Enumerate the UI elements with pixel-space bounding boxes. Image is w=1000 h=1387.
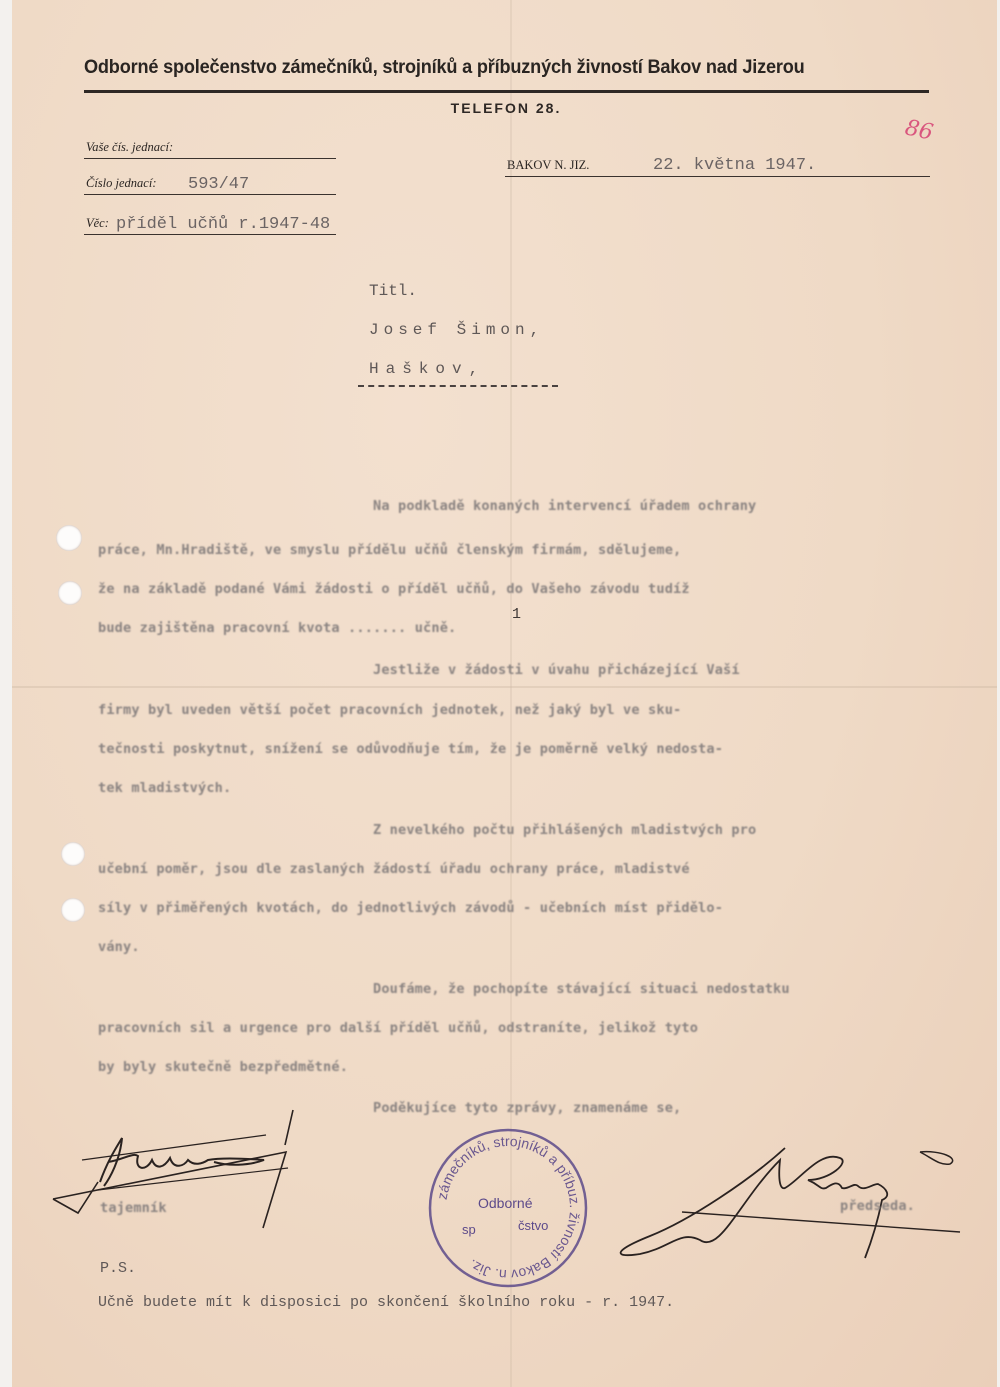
chairman-role: předseda. [840, 1198, 915, 1214]
place-date-field: BAKOV N. JIZ. 22. května 1947. [505, 150, 930, 177]
stamp-center-line2-left: sp [462, 1222, 476, 1237]
punch-hole [56, 525, 82, 551]
body-line: vány. [98, 939, 140, 955]
organization-stamp: zámečníků, strojníků a příbuz. živností … [426, 1126, 590, 1290]
body-line: Z nevelkého počtu přihlášených mladistvý… [373, 822, 756, 838]
place-label: BAKOV N. JIZ. [507, 158, 589, 173]
recipient-town: Haškov, [369, 360, 485, 378]
recipient-title: Titl. [369, 282, 417, 300]
quota-number: 1 [512, 606, 521, 623]
your-reference-label: Vaše čís. jednací: [86, 140, 173, 155]
reference-number-field: Číslo jednací: 593/47 [84, 168, 336, 195]
body-line: pracovních sil a urgence pro další přídě… [98, 1020, 698, 1036]
recipient-underline [358, 385, 558, 387]
stamp-center-line2-right: čstvo [518, 1218, 548, 1233]
recipient-name: Josef Šimon, [369, 321, 544, 339]
subject-value: příděl učňů r.1947-48 [116, 215, 330, 234]
secretary-role: tajemník [100, 1200, 167, 1216]
punch-hole [61, 898, 85, 922]
body-line: tečnosti poskytnut, snížení se odůvodňuj… [98, 741, 723, 757]
body-line: učební poměr, jsou dle zaslaných žádostí… [98, 861, 690, 877]
postscript-text: Učně budete mít k disposici po skončení … [98, 1294, 674, 1311]
body-line: bude zajištěna pracovní kvota ....... uč… [98, 620, 456, 636]
body-line: že na základě podané Vámi žádosti o příd… [98, 581, 690, 597]
punch-hole [58, 581, 82, 605]
body-line: Doufáme, že pochopíte stávající situaci … [373, 981, 790, 997]
subject-label: Věc: [86, 216, 109, 231]
your-reference-field: Vaše čís. jednací: [84, 134, 336, 159]
body-line: by byly skutečně bezpředmětné. [98, 1059, 348, 1075]
letterhead-phone: TELEFON 28. [0, 100, 1000, 116]
postscript-label: P.S. [100, 1260, 136, 1277]
secretary-signature [38, 1100, 318, 1240]
subject-field: Věc: příděl učňů r.1947-48 [84, 206, 336, 235]
body-line: práce, Mn.Hradiště, ve smyslu přídělu uč… [98, 542, 681, 558]
reference-number-label: Číslo jednací: [86, 176, 156, 191]
punch-hole [61, 842, 85, 866]
body-line: tek mladistvých. [98, 780, 231, 796]
stamp-center-line1: Odborné [478, 1195, 533, 1211]
body-line: síly v přiměřených kvotách, do jednotliv… [98, 900, 723, 916]
reference-number-value: 593/47 [188, 175, 249, 194]
closing-line: Poděkujíce tyto zprávy, znamenáme se, [373, 1100, 681, 1116]
letterhead-organization: Odborné společenstvo zámečníků, strojník… [84, 56, 870, 79]
letterhead-rule [84, 90, 929, 93]
body-line: Na podkladě konaných intervencí úřadem o… [373, 498, 756, 514]
body-line: Jestliže v žádosti v úvahu přicházející … [373, 662, 740, 678]
chairman-signature [610, 1140, 980, 1270]
body-line: firmy byl uveden větší počet pracovních … [98, 702, 681, 718]
paper-fold-horizontal [12, 686, 997, 688]
date-value: 22. května 1947. [653, 156, 816, 175]
